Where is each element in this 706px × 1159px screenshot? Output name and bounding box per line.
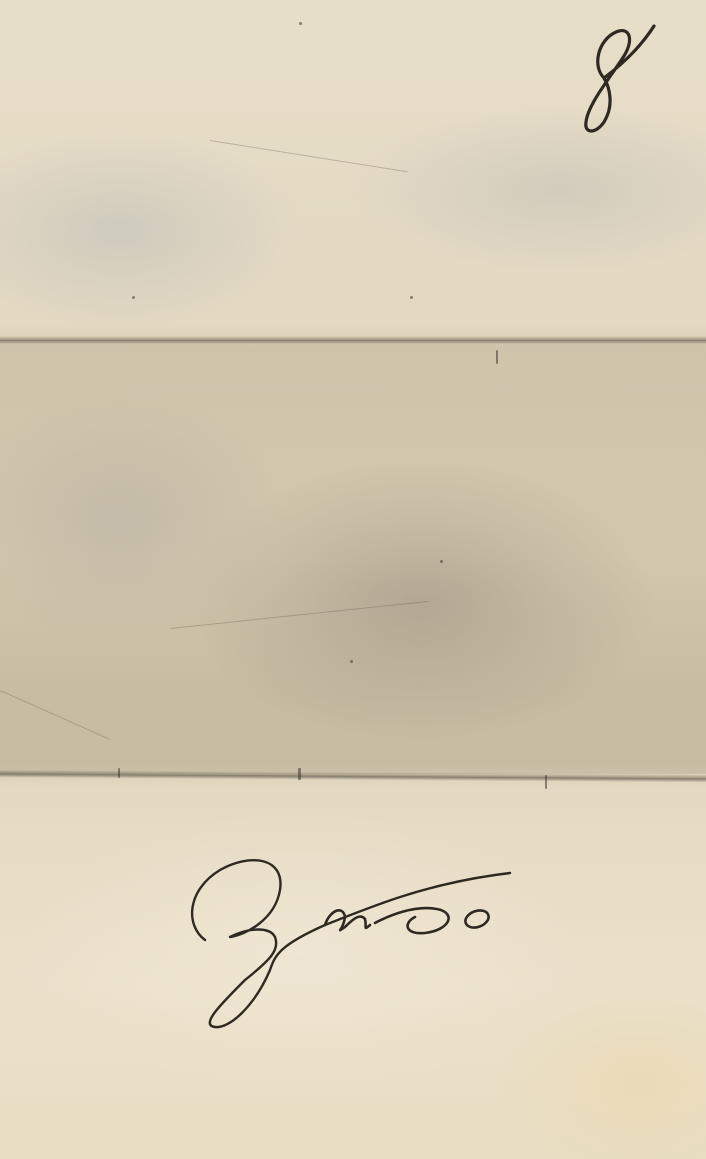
- ink-speck: [299, 22, 302, 25]
- page-number-glyph: [580, 18, 670, 138]
- manuscript-page: 8 Zubo: [0, 0, 706, 1159]
- fold-panel-shading: [0, 342, 706, 774]
- signature: Zubo: [175, 845, 545, 1035]
- ink-speck: [118, 768, 120, 778]
- ink-speck: [410, 296, 413, 299]
- ink-speck: [496, 350, 498, 364]
- ink-speck: [350, 660, 353, 663]
- paper-crease: [210, 140, 408, 172]
- page-number: 8: [580, 18, 670, 138]
- signature-glyph: [175, 845, 545, 1035]
- ink-speck: [132, 296, 135, 299]
- fold-line-top: [0, 336, 706, 344]
- ink-speck: [545, 775, 547, 789]
- ink-speck: [440, 560, 443, 563]
- ink-speck: [298, 768, 301, 780]
